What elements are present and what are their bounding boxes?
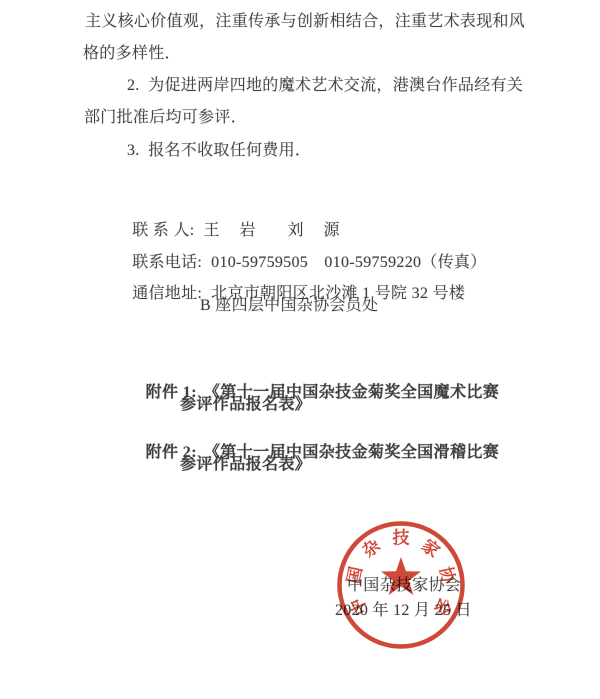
body-paragraph2-line1: 2. 为促进两岸四地的魔术艺术交流，港澳台作品经有关 <box>127 77 523 95</box>
official-seal: 中 国 杂 技 家 协 会 <box>321 505 481 665</box>
body-paragraph3: 3. 报名不收取任何费用． <box>127 142 311 160</box>
body-paragraph2-line2: 部门批准后均可参评． <box>84 109 247 127</box>
contact-address-line2: B 座四层中国杂协会员处 <box>200 297 378 315</box>
seal-star-icon <box>381 557 421 595</box>
seal-char: 技 <box>392 528 410 548</box>
attachment1-title-line2: 参评作品报名表》 <box>180 396 311 414</box>
document-page: 主义核心价值观，注重传承与创新相结合，注重艺术表现和风 格的多样性． 2. 为促… <box>0 0 600 699</box>
seal-char: 国 <box>344 565 366 586</box>
seal-char: 协 <box>436 565 459 587</box>
body-paragraph1-line2: 格的多样性． <box>83 45 181 63</box>
contact-address-label: 通信地址: <box>132 285 202 302</box>
attachment2-title-line2: 参评作品报名表》 <box>180 456 311 474</box>
body-paragraph1-line1: 主义核心价值观，注重传承与创新相结合，注重艺术表现和风 <box>85 13 525 31</box>
